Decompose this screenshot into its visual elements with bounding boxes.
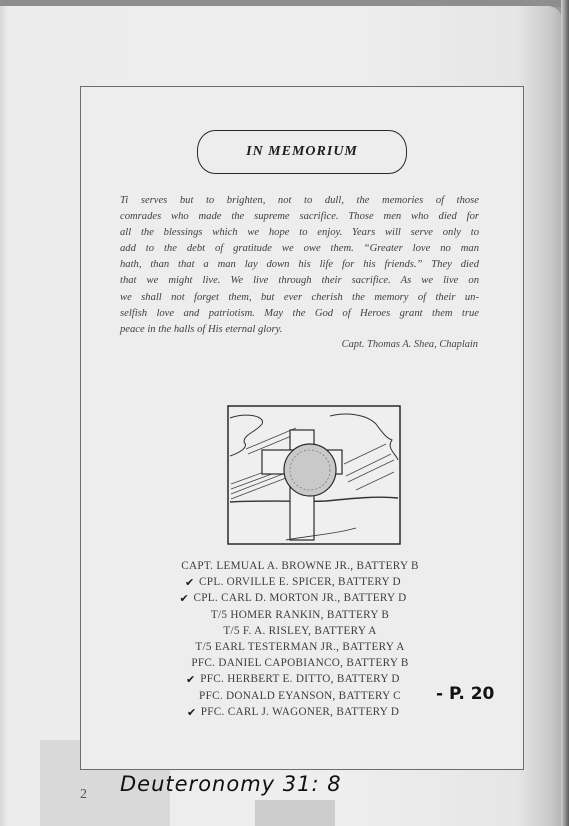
paragraph-line: selfish love and patriotism. May the God… bbox=[120, 306, 479, 322]
honor-roll-entry: CPL. CARL D. MORTON JR., BATTERY D✔ bbox=[150, 590, 450, 606]
honor-roll-name: T/5 HOMER RANKIN, BATTERY B bbox=[211, 609, 389, 621]
paragraph-line: we shall not forget them, but ever cheri… bbox=[120, 290, 479, 306]
check-mark-icon: ✔ bbox=[185, 575, 195, 591]
honor-roll-name: CAPT. LEMUAL A. BROWNE JR., BATTERY B bbox=[181, 560, 419, 572]
scan-shadow bbox=[255, 800, 335, 826]
honor-roll-name: PFC. DANIEL CAPOBIANCO, BATTERY B bbox=[191, 657, 408, 669]
paragraph-line: hath, than that a man lay down his life … bbox=[120, 257, 479, 273]
paragraph-line: that we might live. We live through thei… bbox=[120, 273, 479, 289]
cross-with-wreath-icon bbox=[226, 404, 402, 546]
honor-roll-name: PFC. DONALD EYANSON, BATTERY C bbox=[199, 690, 401, 702]
honor-roll-name: CPL. CARL D. MORTON JR., BATTERY D bbox=[194, 592, 407, 604]
page-title: IN MEMORIUM bbox=[197, 130, 407, 174]
honor-roll-entry: T/5 HOMER RANKIN, BATTERY B bbox=[150, 607, 450, 623]
honor-roll-entry: PFC. CARL J. WAGONER, BATTERY D✔ bbox=[150, 704, 450, 720]
paragraph-line: Ti serves but to brighten, not to dull, … bbox=[120, 193, 479, 209]
honor-roll-entry: T/5 F. A. RISLEY, BATTERY A bbox=[150, 623, 450, 639]
honor-roll-entry: PFC. HERBERT E. DITTO, BATTERY D✔ bbox=[150, 671, 450, 687]
handwritten-page-ref: - P. 20 bbox=[436, 684, 494, 704]
paragraph-line: all the blessings which we hope to enjoy… bbox=[120, 225, 479, 241]
book-edge bbox=[561, 0, 569, 826]
memorial-paragraph: Ti serves but to brighten, not to dull, … bbox=[120, 193, 479, 338]
honor-roll-name: CPL. ORVILLE E. SPICER, BATTERY D bbox=[199, 576, 401, 588]
paragraph-line: peace in the halls of His eternal glory. bbox=[120, 322, 479, 338]
honor-roll-entry: PFC. DANIEL CAPOBIANCO, BATTERY B bbox=[150, 655, 450, 671]
signature: Capt. Thomas A. Shea, Chaplain bbox=[342, 339, 478, 350]
honor-roll-list: CAPT. LEMUAL A. BROWNE JR., BATTERY BCPL… bbox=[150, 558, 450, 720]
honor-roll-name: T/5 F. A. RISLEY, BATTERY A bbox=[223, 625, 376, 637]
honor-roll-entry: PFC. DONALD EYANSON, BATTERY C bbox=[150, 688, 450, 704]
honor-roll-entry: CAPT. LEMUAL A. BROWNE JR., BATTERY B bbox=[150, 558, 450, 574]
honor-roll-entry: CPL. ORVILLE E. SPICER, BATTERY D✔ bbox=[150, 574, 450, 590]
honor-roll-name: T/5 EARL TESTERMAN JR., BATTERY A bbox=[195, 641, 404, 653]
paragraph-line: comrades who made the supreme sacrifice.… bbox=[120, 209, 479, 225]
honor-roll-entry: T/5 EARL TESTERMAN JR., BATTERY A bbox=[150, 639, 450, 655]
check-mark-icon: ✔ bbox=[186, 672, 196, 688]
check-mark-icon: ✔ bbox=[180, 591, 190, 607]
paragraph-line: add to the debt of gratitude we owe them… bbox=[120, 241, 479, 257]
honor-roll-name: PFC. CARL J. WAGONER, BATTERY D bbox=[201, 706, 399, 718]
page-number: 2 bbox=[80, 787, 87, 803]
handwritten-scripture: Deuteronomy 31: 8 bbox=[120, 772, 342, 796]
check-mark-icon: ✔ bbox=[187, 705, 197, 721]
honor-roll-name: PFC. HERBERT E. DITTO, BATTERY D bbox=[200, 673, 400, 685]
